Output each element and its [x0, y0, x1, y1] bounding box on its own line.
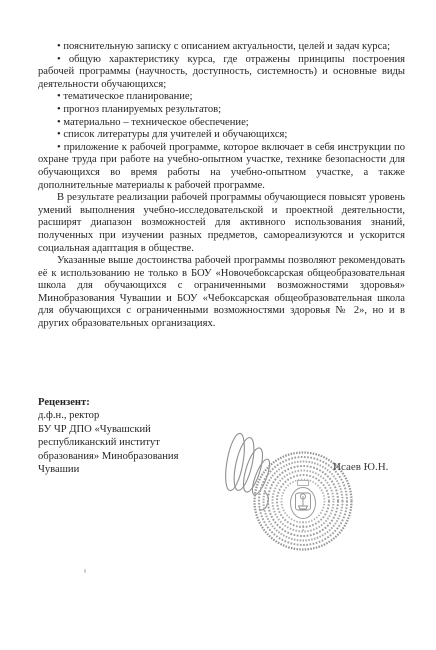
bullet-item: список литературы для учителей и обучающ…	[38, 129, 405, 142]
paragraph-list: В результате реализации рабочей программ…	[38, 192, 405, 331]
scan-artifact	[84, 569, 86, 573]
bullet-list: пояснительную записку с описанием актуал…	[38, 41, 405, 192]
bullet-item: материально – техническое обеспечение;	[38, 117, 405, 130]
reviewer-line: д.ф.н., ректор	[38, 409, 248, 422]
bullet-item: прогноз планируемых результатов;	[38, 104, 405, 117]
bullet-item: тематическое планирование;	[38, 91, 405, 104]
paragraph: Указанные выше достоинства рабочей прогр…	[38, 255, 405, 331]
bullet-item: пояснительную записку с описанием актуал…	[38, 41, 405, 54]
bullet-item: общую характеристику курса, где отражены…	[38, 54, 405, 92]
reviewer-label: Рецензент:	[38, 396, 248, 409]
document-body: пояснительную записку с описанием актуал…	[38, 41, 405, 331]
document-page: пояснительную записку с описанием актуал…	[0, 0, 436, 650]
handwritten-signature-icon	[222, 432, 273, 510]
signer-name: Исаев Ю.Н.	[333, 461, 388, 474]
paragraph: В результате реализации рабочей программ…	[38, 192, 405, 255]
bullet-item: приложение к рабочей программе, которое …	[38, 142, 405, 192]
seal-and-signature	[215, 425, 405, 565]
